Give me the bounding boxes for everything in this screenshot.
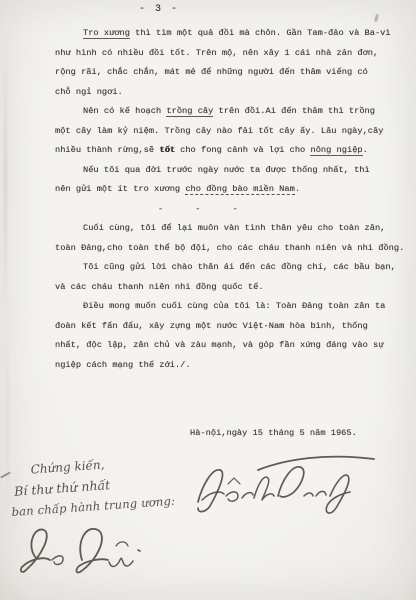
body-line: Nếu tôi qua đời trước ngày nước ta được … [55, 161, 405, 181]
body-line: và các cháu thanh niên nhi đồng quốc tế. [55, 278, 405, 298]
scan-smudge [4, 46, 7, 316]
body-text: Nên có kế hoạch [83, 106, 166, 116]
body-text: và các cháu thanh niên nhi đồng quốc tế. [55, 282, 264, 292]
body-text: như hình có nhiều đồi tốt. Trên mộ, nên … [55, 48, 378, 58]
body-line: đoàn kết fấn đấu, xây zựng một nước Việt… [55, 317, 405, 337]
body-line: Tro xương thì tìm một quả đồi mà chôn. G… [55, 24, 405, 44]
body-line: chỗ ngỉ ngơi. [55, 83, 405, 103]
body-line: toàn Đảng,cho toàn thể bộ đội, cho các c… [55, 239, 405, 259]
body-text: thì tìm một quả đồi mà chôn. Gần Tam-đảo… [130, 28, 391, 38]
body-text: trên đồi.Ai đến thăm thì trồng [213, 106, 375, 116]
body-text: một cây làm kỷ niệm. Trồng cây nào fải t… [55, 126, 383, 136]
body-line: ngiệp cách mạng thế zới./. [55, 356, 405, 376]
underlined-phrase: Tro xương [83, 28, 130, 39]
page-number: - 3 - [139, 4, 179, 15]
body-text: Nếu tôi qua đời trước ngày nước ta được … [83, 165, 370, 175]
body-text: cho fong cảnh và lợi cho [175, 145, 311, 155]
body-line: một cây làm kỷ niệm. Trồng cây nào fải t… [55, 122, 405, 142]
body-line: Điều mong muốn cuối cùng của tôi là: Toà… [55, 297, 405, 317]
body-text: . [363, 145, 368, 155]
body-text: đoàn kết fấn đấu, xây zựng một nước Việt… [55, 321, 368, 331]
scanned-document-page: - 3 - Tro xương thì tìm một quả đồi mà c… [0, 0, 416, 600]
underlined-phrase: trồng cây [166, 106, 213, 117]
body-line: như hình có nhiều đồi tốt. Trên mộ, nên … [55, 44, 405, 64]
body-line: nhất, độc lập, zân chủ và zàu mạnh, và g… [55, 336, 405, 356]
underlined-phrase: nông ngiệp [310, 145, 362, 156]
scan-speck [374, 14, 379, 22]
signature-drawing [10, 518, 145, 586]
body-text: toàn Đảng,cho toàn thể bộ đội, cho các c… [55, 243, 404, 253]
body-line: nên gửi một ít tro xương cho đồng bào mi… [55, 180, 405, 200]
le-duan-signature [10, 518, 145, 591]
body-text: nhất, độc lập, zân chủ và zàu mạnh, và g… [55, 340, 383, 350]
witness-note: Chứng kiến, Bí thư thứ nhất ban chấp hàn… [8, 452, 186, 520]
ho-chi-minh-signature [190, 448, 380, 531]
body-text: Cuối cùng, tôi để lại muôn vàn tình thân… [83, 223, 385, 233]
body-text: Tôi cũng gửi lời chào thân ái đến các đồ… [83, 262, 396, 272]
body-line: Nên có kế hoạch trồng cây trên đồi.Ai đế… [55, 102, 405, 122]
document-body: Tro xương thì tìm một quả đồi mà chôn. G… [55, 24, 405, 375]
signature-drawing [190, 448, 380, 526]
body-text: ngiệp cách mạng thế zới./. [55, 360, 191, 370]
body-line: nhiều thành rừng,sẽ tốt cho fong cảnh và… [55, 141, 405, 161]
body-text: nhiều thành rừng,sẽ [55, 145, 159, 155]
body-line: rộng rãi, chắc chắn, mát mẻ để những ngư… [55, 63, 405, 83]
body-line: Tôi cũng gửi lời chào thân ái đến các đồ… [55, 258, 405, 278]
separator-dashes: - - - [158, 204, 239, 214]
body-line: Cuối cùng, tôi để lại muôn vàn tình thân… [55, 219, 405, 239]
body-text: nên gửi một ít tro xương [55, 184, 185, 194]
dateline: Hà-nội,ngày 15 tháng 5 năm 1965. [190, 428, 357, 438]
body-text: Điều mong muốn cuối cùng của tôi là: Toà… [83, 301, 385, 311]
body-text: . [295, 184, 300, 194]
section-separator: - - - [55, 200, 405, 220]
body-text: rộng rãi, chắc chắn, mát mẻ để những ngư… [55, 67, 368, 77]
underlined-phrase: cho đồng bào miền Nam [185, 184, 294, 195]
body-text: chỗ ngỉ ngơi. [55, 87, 123, 97]
overstruck-word: tốt [159, 145, 175, 155]
